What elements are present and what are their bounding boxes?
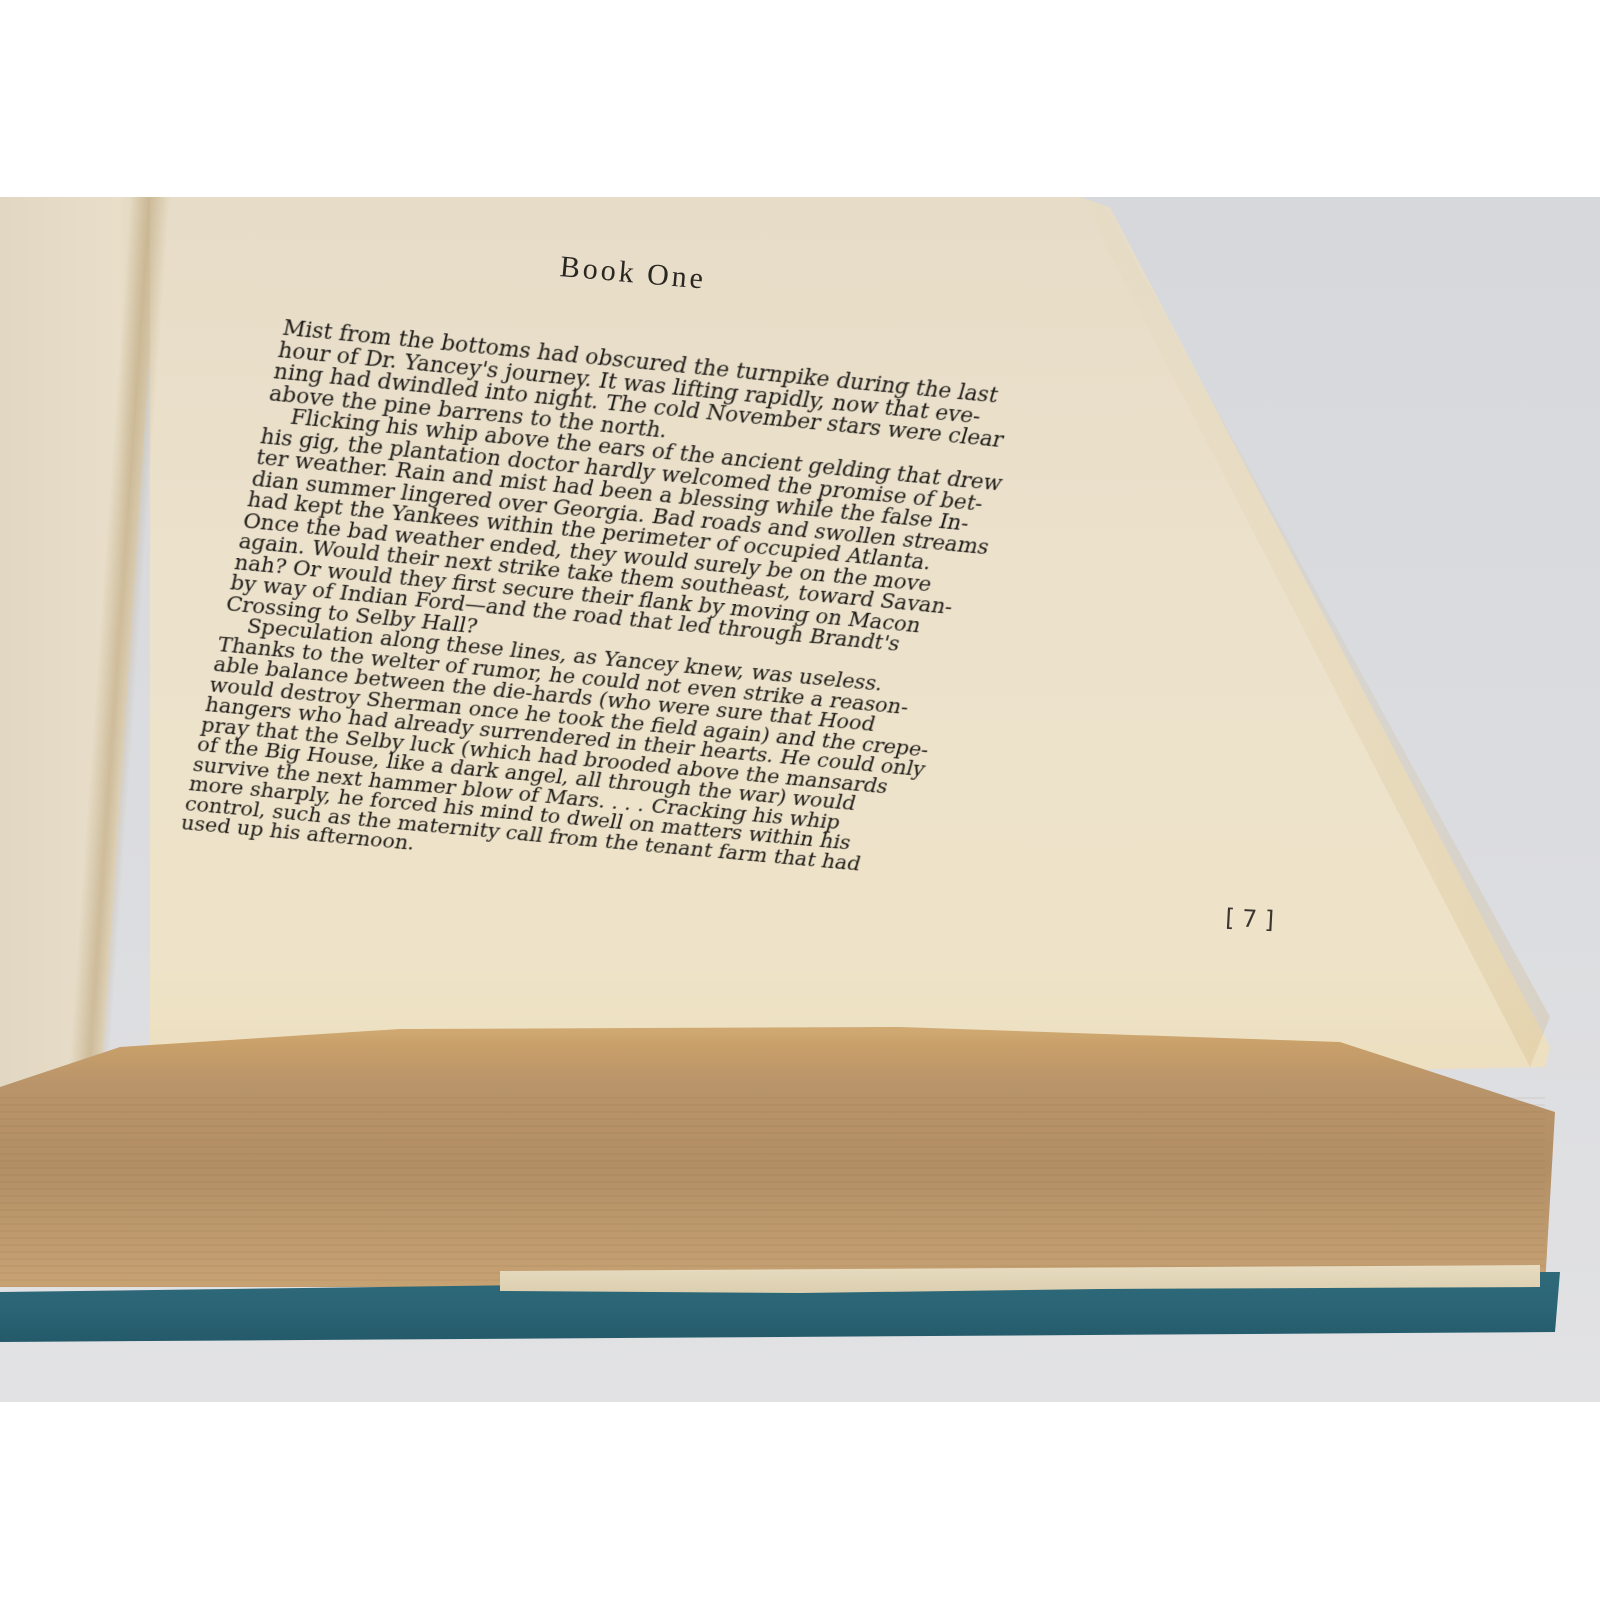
body-text: Mist from the bottoms had obscured the t…: [179, 318, 1133, 905]
page-number: [7]: [1221, 903, 1284, 934]
page-edge-lines: [0, 1097, 1545, 1287]
